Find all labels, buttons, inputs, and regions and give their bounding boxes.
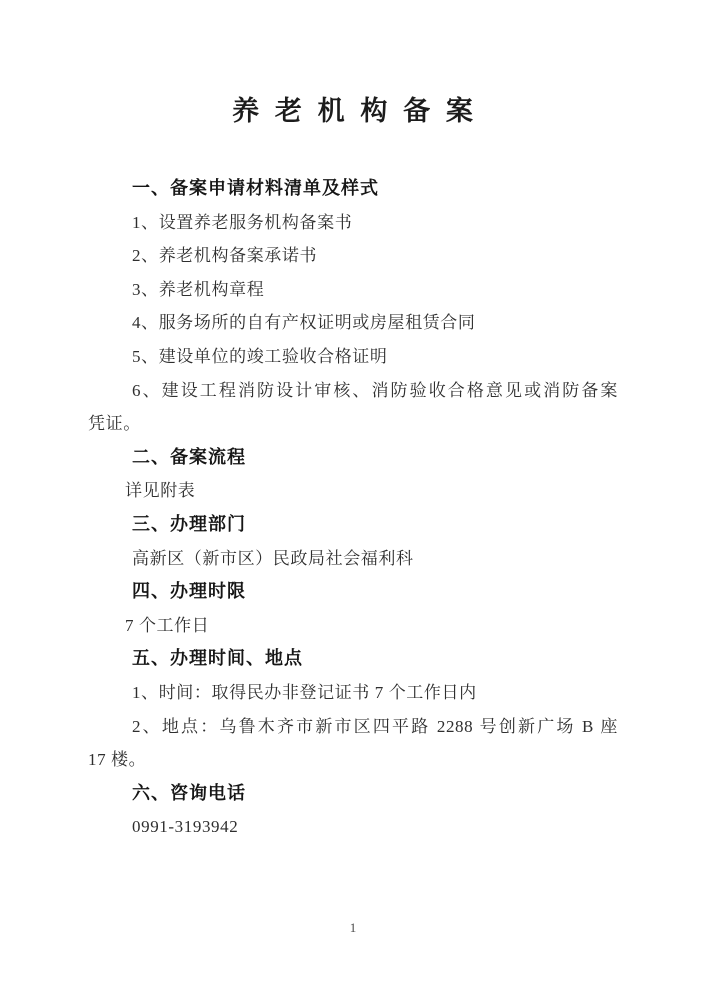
section-4-body: 7 个工作日 [88, 609, 618, 643]
material-item-5: 5、建设单位的竣工验收合格证明 [88, 340, 618, 374]
section-3-body: 高新区（新市区）民政局社会福利科 [88, 542, 618, 576]
material-item-1: 1、设置养老服务机构备案书 [88, 206, 618, 240]
section-1-heading: 一、备案申请材料清单及样式 [88, 172, 618, 206]
section-4-heading: 四、办理时限 [88, 575, 618, 609]
material-item-4: 4、服务场所的自有产权证明或房屋租赁合同 [88, 306, 618, 340]
document-page: 养 老 机 构 备 案 一、备案申请材料清单及样式 1、设置养老服务机构备案书 … [0, 0, 706, 1000]
material-item-6: 6、建设工程消防设计审核、消防验收合格意见或消防备案 [88, 374, 618, 408]
section-2-body: 详见附表 [88, 474, 618, 508]
page-number: 1 [0, 920, 706, 936]
material-item-3: 3、养老机构章程 [88, 273, 618, 307]
document-title: 养 老 机 构 备 案 [0, 95, 706, 127]
section-5-item-2: 2、地点：乌鲁木齐市新市区四平路 2288 号创新广场 B 座 [88, 710, 618, 744]
material-item-6-continuation: 凭证。 [88, 407, 618, 441]
section-3-heading: 三、办理部门 [88, 508, 618, 542]
section-5-item-2-continuation: 17 楼。 [88, 743, 618, 777]
section-2-heading: 二、备案流程 [88, 441, 618, 475]
material-item-2: 2、养老机构备案承诺书 [88, 239, 618, 273]
section-6-heading: 六、咨询电话 [88, 777, 618, 811]
section-5-item-1: 1、时间：取得民办非登记证书 7 个工作日内 [88, 676, 618, 710]
section-5-heading: 五、办理时间、地点 [88, 642, 618, 676]
phone-number: 0991-3193942 [88, 810, 618, 844]
document-body: 一、备案申请材料清单及样式 1、设置养老服务机构备案书 2、养老机构备案承诺书 … [88, 172, 618, 844]
